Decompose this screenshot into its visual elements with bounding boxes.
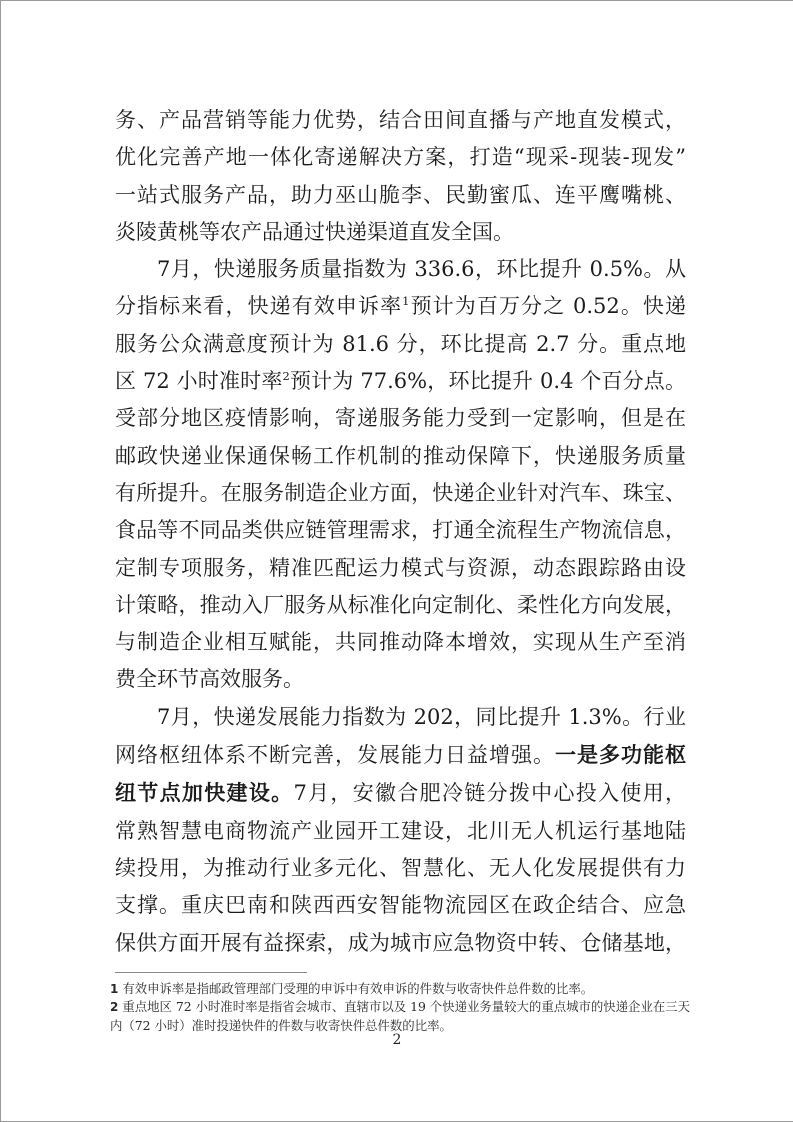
text-line: 务、产品营销等能力优势，结合田间直播与产地直发模式， bbox=[115, 102, 686, 139]
footnote-text: 重点地区 72 小时准时率是指省会城市、直辖市以及 19 个快递业务量较大的重点… bbox=[122, 999, 690, 1014]
text-line: 支撑。重庆巴南和陕西西安智能物流园区在政企结合、应急 bbox=[115, 887, 686, 924]
text-line: 与制造企业相互赋能，共同推动降本增效，实现从生产至消 bbox=[115, 624, 686, 661]
text-segment: 预计为 77.6%，环比提升 0.4 个百分点。 bbox=[290, 369, 686, 393]
footnote-1: 1 有效申诉率是指邮政管理部门受理的申诉中有效申诉的件数与收寄快件总件数的比率。 bbox=[110, 980, 690, 998]
text-line: 常熟智慧电商物流产业园开工建设，北川无人机运行基地陆 bbox=[115, 813, 686, 850]
footnote-ref-2: 2 bbox=[283, 369, 290, 383]
paragraph-1: 务、产品营销等能力优势，结合田间直播与产地直发模式， 优化完善产地一体化寄递解决… bbox=[115, 102, 686, 251]
text-line: 炎陵黄桃等农产品通过快递渠道直发全国。 bbox=[115, 214, 686, 251]
footnote-2-line-1: 2 重点地区 72 小时准时率是指省会城市、直辖市以及 19 个快递业务量较大的… bbox=[110, 998, 690, 1016]
footnote-ref-1: 1 bbox=[402, 294, 409, 308]
text-line: 纽节点加快建设。7月，安徽合肥冷链分拨中心投入使用， bbox=[115, 774, 686, 812]
text-line: 有所提升。在服务制造企业方面，快递企业针对汽车、珠宝、 bbox=[115, 475, 686, 512]
text-line: 保供方面开展有益探索，成为城市应急物资中转、仓储基地， bbox=[115, 925, 686, 962]
bold-text-segment: 纽节点加快建设。 bbox=[115, 780, 293, 805]
text-segment: 区 72 小时准时率 bbox=[115, 369, 283, 393]
footnote-separator bbox=[115, 972, 307, 973]
body-text: 务、产品营销等能力优势，结合田间直播与产地直发模式， 优化完善产地一体化寄递解决… bbox=[115, 102, 686, 962]
paragraph-3: 7月，快递发展能力指数为 202，同比提升 1.3%。行业 网络枢纽体系不断完善… bbox=[115, 699, 686, 962]
text-line: 食品等不同品类供应链管理需求，打通全流程生产物流信息， bbox=[115, 512, 686, 549]
text-line: 受部分地区疫情影响，寄递服务能力受到一定影响，但是在 bbox=[115, 400, 686, 437]
text-line: 费全环节高效服务。 bbox=[115, 661, 686, 698]
footnote-marker: 2 bbox=[110, 1000, 118, 1014]
text-line: 服务公众满意度预计为 81.6 分，环比提高 2.7 分。重点地 bbox=[115, 326, 686, 363]
text-line: 分指标来看，快递有效申诉率1预计为百万分之 0.52。快递 bbox=[115, 288, 686, 325]
footnote-marker: 1 bbox=[110, 982, 118, 996]
text-line: 一站式服务产品，助力巫山脆李、民勤蜜瓜、连平鹰嘴桃、 bbox=[115, 177, 686, 214]
paragraph-2: 7月，快递服务质量指数为 336.6，环比提升 0.5%。从 分指标来看，快递有… bbox=[115, 251, 686, 699]
text-segment: 7月，安徽合肥冷链分拨中心投入使用， bbox=[293, 781, 686, 805]
text-segment: 网络枢纽体系不断完善，发展能力日益增强。 bbox=[115, 743, 555, 767]
text-line: 网络枢纽体系不断完善，发展能力日益增强。一是多功能枢 bbox=[115, 736, 686, 774]
page-number: 2 bbox=[1, 1032, 793, 1048]
text-line: 7月，快递服务质量指数为 336.6，环比提升 0.5%。从 bbox=[115, 251, 686, 288]
text-line: 定制专项服务，精准匹配运力模式与资源，动态跟踪路由设 bbox=[115, 550, 686, 587]
bold-text-segment: 一是多功能枢 bbox=[555, 742, 686, 767]
text-line: 7月，快递发展能力指数为 202，同比提升 1.3%。行业 bbox=[115, 699, 686, 736]
document-page: 务、产品营销等能力优势，结合田间直播与产地直发模式， 优化完善产地一体化寄递解决… bbox=[0, 0, 793, 1122]
text-line: 续投用，为推动行业多元化、智慧化、无人化发展提供有力 bbox=[115, 850, 686, 887]
text-line: 计策略，推动入厂服务从标准化向定制化、柔性化方向发展， bbox=[115, 587, 686, 624]
footnotes: 1 有效申诉率是指邮政管理部门受理的申诉中有效申诉的件数与收寄快件总件数的比率。… bbox=[110, 980, 690, 1035]
text-line: 区 72 小时准时率2预计为 77.6%，环比提升 0.4 个百分点。 bbox=[115, 363, 686, 400]
text-line: 优化完善产地一体化寄递解决方案，打造“现采-现装-现发” bbox=[115, 139, 686, 176]
footnote-text: 有效申诉率是指邮政管理部门受理的申诉中有效申诉的件数与收寄快件总件数的比率。 bbox=[122, 981, 593, 996]
text-segment: 分指标来看，快递有效申诉率 bbox=[115, 294, 402, 318]
text-line: 邮政快递业保通保畅工作机制的推动保障下，快递服务质量 bbox=[115, 438, 686, 475]
text-segment: 预计为百万分之 0.52。快递 bbox=[410, 294, 687, 318]
